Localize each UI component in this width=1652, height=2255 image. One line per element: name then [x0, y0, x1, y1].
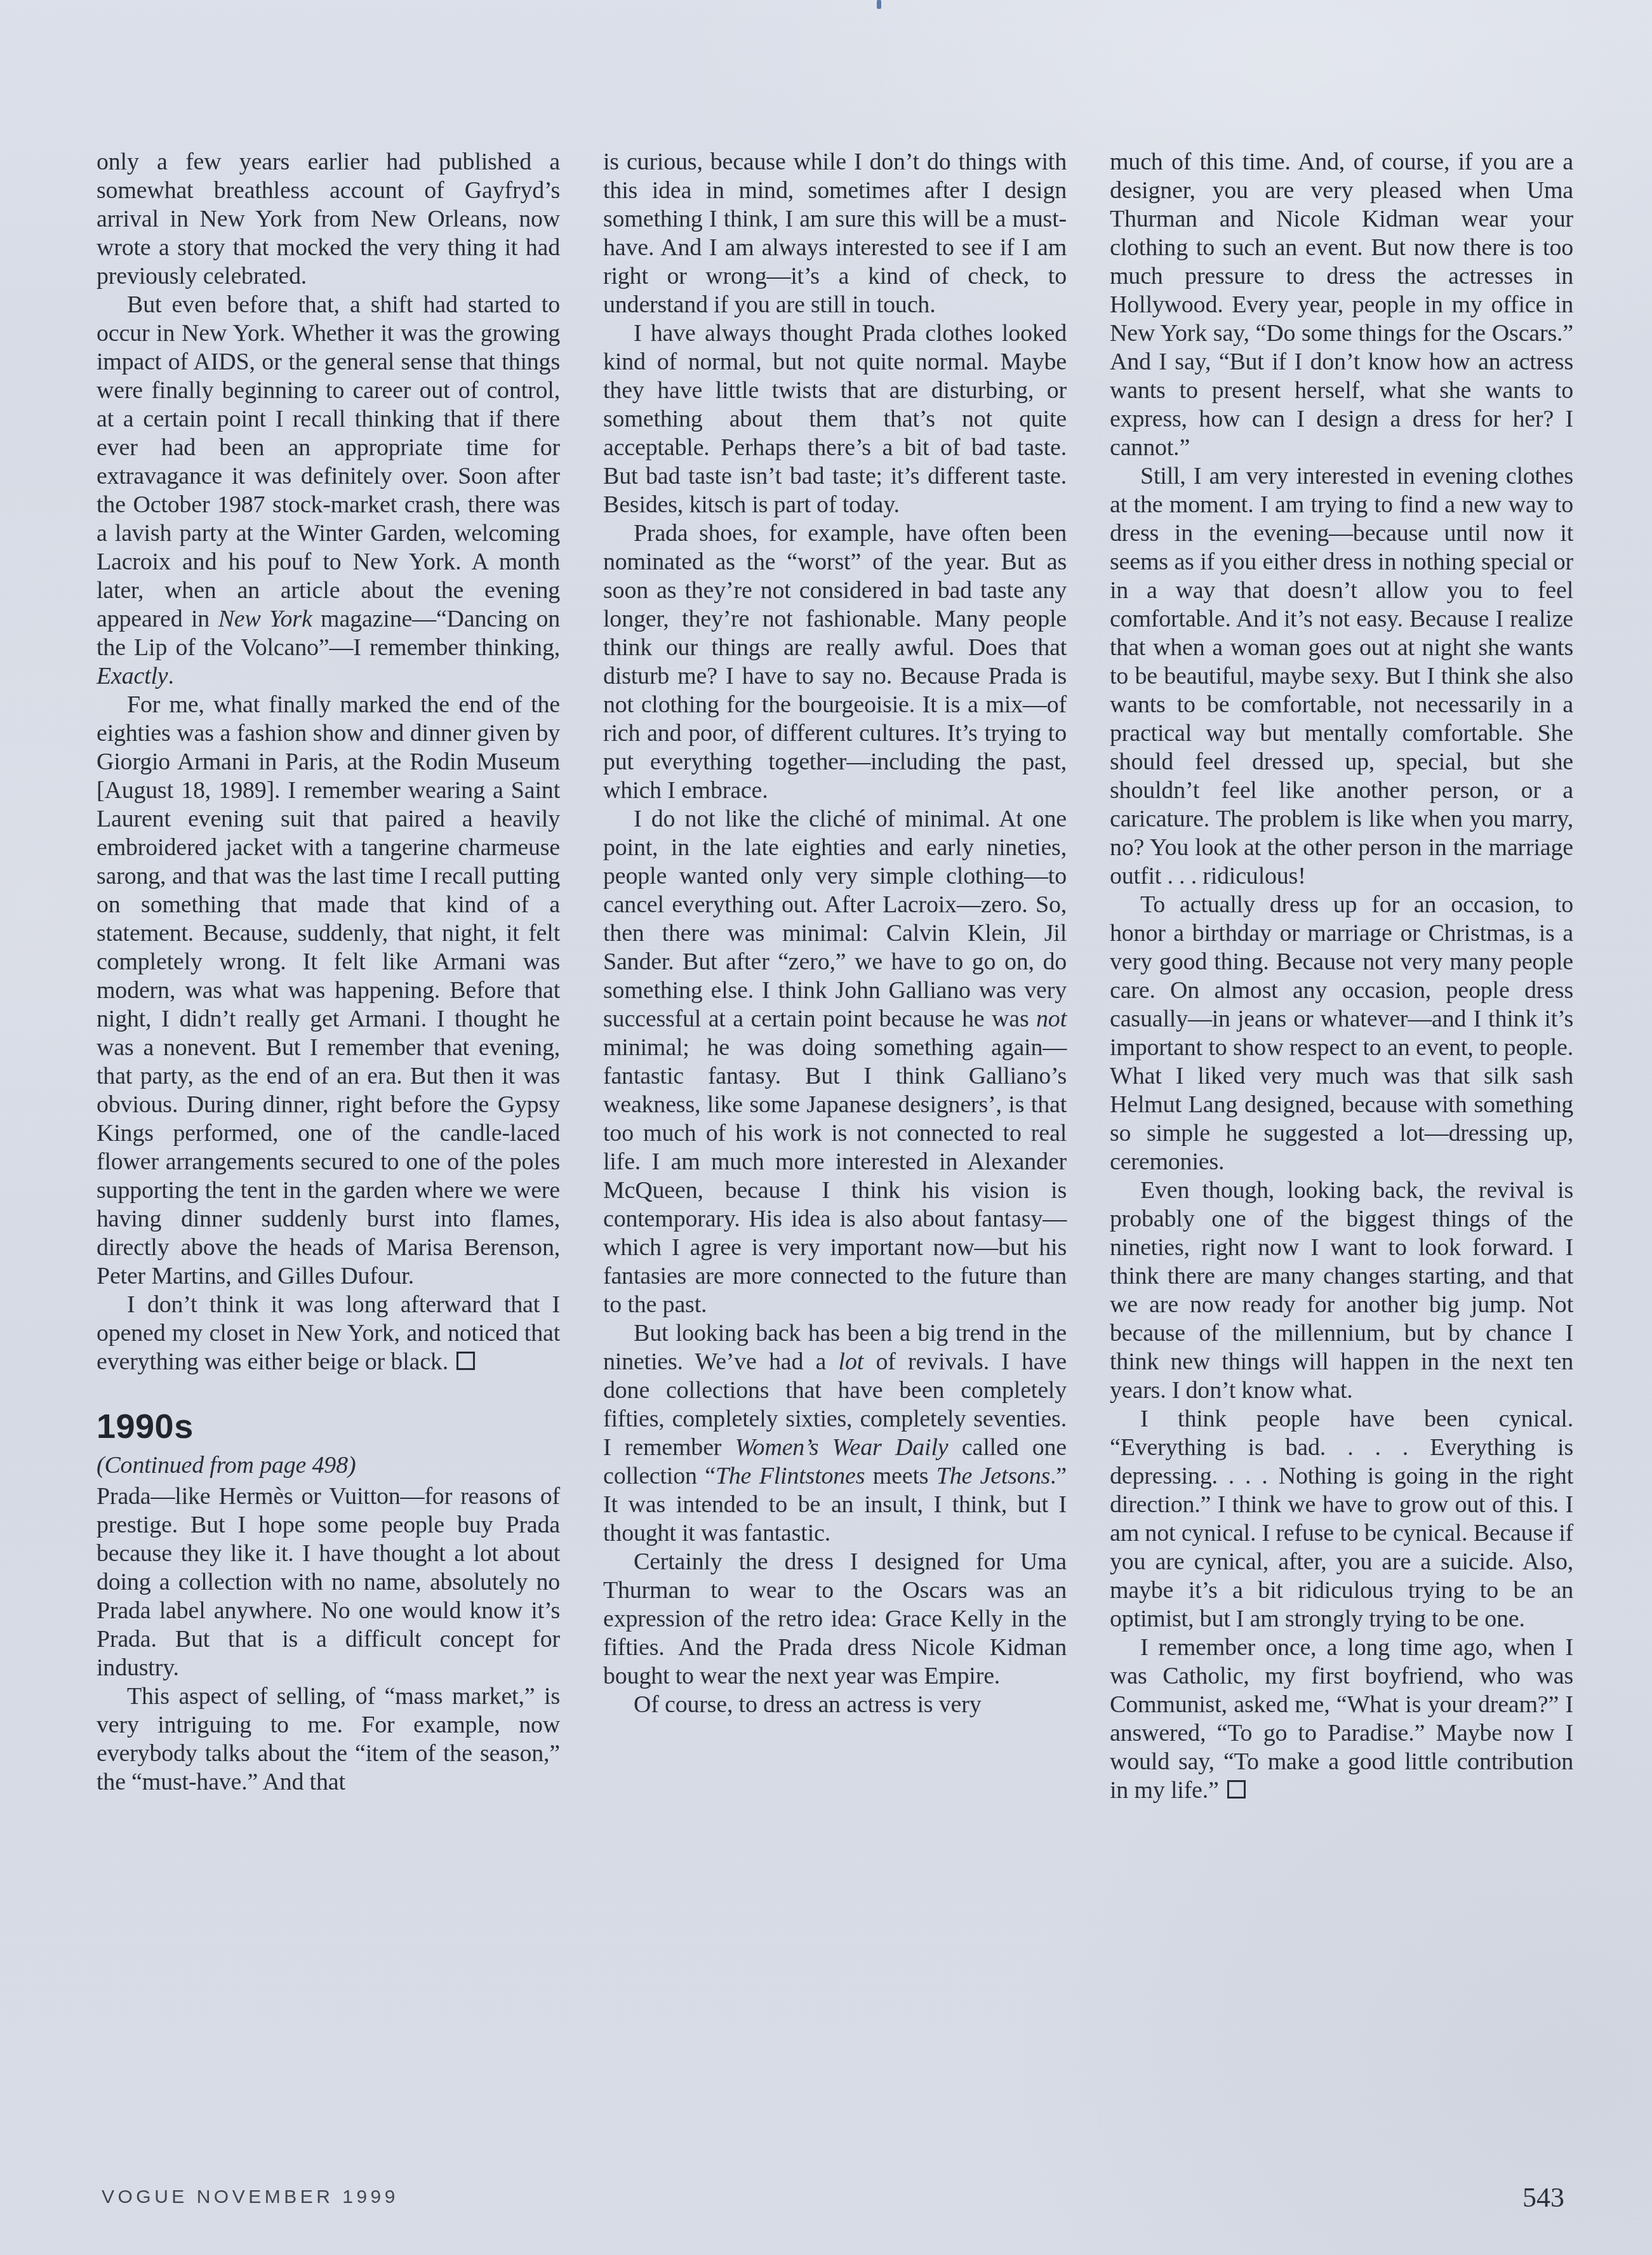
text-column-3: much of this time. And, of course, if yo…: [1110, 148, 1573, 1805]
body-paragraph: Of course, to dress an actress is very: [603, 1691, 1067, 1719]
body-paragraph: To actually dress up for an occasion, to…: [1110, 891, 1573, 1176]
body-paragraph: I remember once, a long time ago, when I…: [1110, 1633, 1573, 1805]
body-paragraph: much of this time. And, of course, if yo…: [1110, 148, 1573, 462]
page-number: 543: [1522, 2181, 1564, 2214]
section-heading: 1990s: [97, 1408, 560, 1445]
body-paragraph: But looking back has been a big trend in…: [603, 1319, 1067, 1548]
body-paragraph: Prada—like Hermès or Vuitton—for reasons…: [97, 1482, 560, 1682]
magazine-credit: VOGUE NOVEMBER 1999: [102, 2186, 399, 2208]
end-of-article-box: [456, 1352, 475, 1370]
continued-from-note: (Continued from page 498): [97, 1451, 560, 1480]
body-paragraph: For me, what finally marked the end of t…: [97, 691, 560, 1291]
body-paragraph: But even before that, a shift had starte…: [97, 291, 560, 691]
body-paragraph: Still, I am very interested in evening c…: [1110, 462, 1573, 891]
text-column-1: only a few years earlier had published a…: [97, 148, 560, 1797]
scanner-speck: [877, 0, 881, 9]
body-paragraph: Prada shoes, for example, have often bee…: [603, 519, 1067, 805]
end-of-article-box: [1227, 1780, 1246, 1799]
body-paragraph: is curious, because while I don’t do thi…: [603, 148, 1067, 319]
body-paragraph: I think people have been cynical. “Every…: [1110, 1405, 1573, 1633]
body-paragraph: Even though, looking back, the revival i…: [1110, 1176, 1573, 1405]
body-paragraph: I don’t think it was long afterward that…: [97, 1291, 560, 1376]
body-paragraph: I have always thought Prada clothes look…: [603, 319, 1067, 519]
body-paragraph: only a few years earlier had published a…: [97, 148, 560, 291]
magazine-page: only a few years earlier had published a…: [0, 0, 1652, 2255]
text-column-2: is curious, because while I don’t do thi…: [603, 148, 1067, 1719]
body-paragraph: I do not like the cliché of minimal. At …: [603, 805, 1067, 1319]
body-paragraph: Certainly the dress I designed for Uma T…: [603, 1548, 1067, 1691]
body-paragraph: This aspect of selling, of “mass market,…: [97, 1682, 560, 1797]
